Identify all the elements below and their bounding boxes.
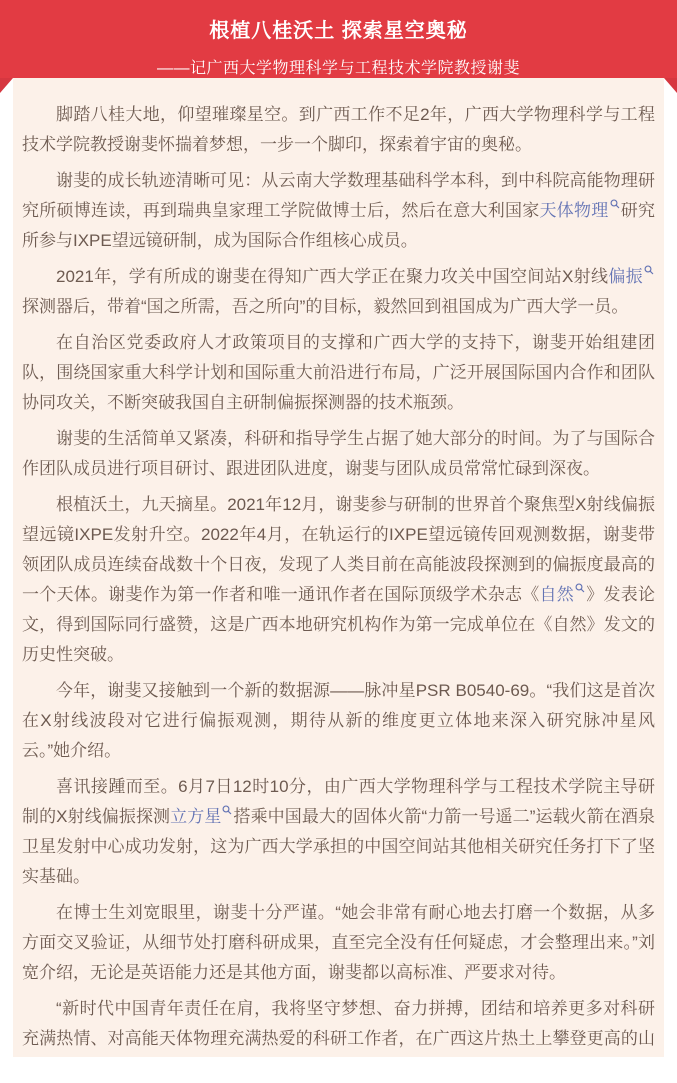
search-icon [610,199,620,209]
article-paragraph: 脚踏八桂大地，仰望璀璨星空。到广西工作不足2年，广西大学物理科学与工程技术学院教… [22,100,655,160]
paragraph-text: 在博士生刘宽眼里，谢斐十分严谨。“她会非常有耐心地去打磨一个数据，从多方面交叉验… [22,903,655,982]
article-subtitle: ——记广西大学物理科学与工程技术学院教授谢斐 [0,55,677,78]
paragraph-text: 脚踏八桂大地，仰望璀璨星空。到广西工作不足2年，广西大学物理科学与工程技术学院教… [22,105,655,154]
ribbon-fold-right [664,78,677,93]
baike-link[interactable]: 自然 [540,585,587,604]
article-paragraph: 2021年，学有所成的谢斐在得知广西大学正在聚力攻关中国空间站X射线偏振探测器后… [22,262,655,322]
article-paragraph: 根植沃土，九天摘星。2021年12月，谢斐参与研制的世界首个聚焦型X射线偏振望远… [22,490,655,670]
article-paragraph: 在自治区党委政府人才政策项目的支撑和广西大学的支持下，谢斐开始组建团队，围绕国家… [22,328,655,418]
search-icon [575,583,585,593]
article-header: 根植八桂沃土 探索星空奥秘 ——记广西大学物理科学与工程技术学院教授谢斐 [0,0,677,78]
article-paragraph: 今年，谢斐又接触到一个新的数据源——脉冲星PSR B0540-69。“我们这是首… [22,676,655,766]
search-icon [222,805,232,815]
paragraph-text: “新时代中国青年责任在肩，我将坚守梦想、奋力拼搏，团结和培养更多对科研充满热情、… [22,999,655,1057]
ribbon-fold-left [0,78,13,93]
baike-link[interactable]: 偏振 [608,267,655,286]
search-icon [644,265,654,275]
article-paragraph: 谢斐的生活简单又紧凑，科研和指导学生占据了她大部分的时间。为了与国际合作团队成员… [22,424,655,484]
article-paragraph: 喜讯接踵而至。6月7日12时10分，由广西大学物理科学与工程技术学院主导研制的X… [22,772,655,892]
paragraph-text: 2021年，学有所成的谢斐在得知广西大学正在聚力攻关中国空间站X射线 [56,267,608,286]
article-paragraph: “新时代中国青年责任在肩，我将坚守梦想、奋力拼搏，团结和培养更多对科研充满热情、… [22,994,655,1057]
paragraph-text: 谢斐的生活简单又紧凑，科研和指导学生占据了她大部分的时间。为了与国际合作团队成员… [22,429,655,478]
baike-link-label: 偏振 [608,267,643,286]
article-body: 脚踏八桂大地，仰望璀璨星空。到广西工作不足2年，广西大学物理科学与工程技术学院教… [13,78,664,1057]
paragraph-text: 在自治区党委政府人才政策项目的支撑和广西大学的支持下，谢斐开始组建团队，围绕国家… [22,333,655,412]
baike-link-label: 自然 [540,585,575,604]
article-paragraph: 谢斐的成长轨迹清晰可见：从云南大学数理基础科学本科，到中科院高能物理研究所硕博连… [22,166,655,256]
article-paragraph: 在博士生刘宽眼里，谢斐十分严谨。“她会非常有耐心地去打磨一个数据，从多方面交叉验… [22,898,655,988]
baike-link[interactable]: 天体物理 [540,201,621,220]
article-title: 根植八桂沃土 探索星空奥秘 [0,0,677,43]
baike-link-label: 立方星 [170,807,221,826]
baike-link-label: 天体物理 [540,201,609,220]
paragraph-text: 今年，谢斐又接触到一个新的数据源——脉冲星PSR B0540-69。“我们这是首… [22,681,655,760]
paragraph-text: 探测器后，带着“国之所需，吾之所向”的目标，毅然回到祖国成为广西大学一员。 [22,297,628,316]
baike-link[interactable]: 立方星 [170,807,233,826]
